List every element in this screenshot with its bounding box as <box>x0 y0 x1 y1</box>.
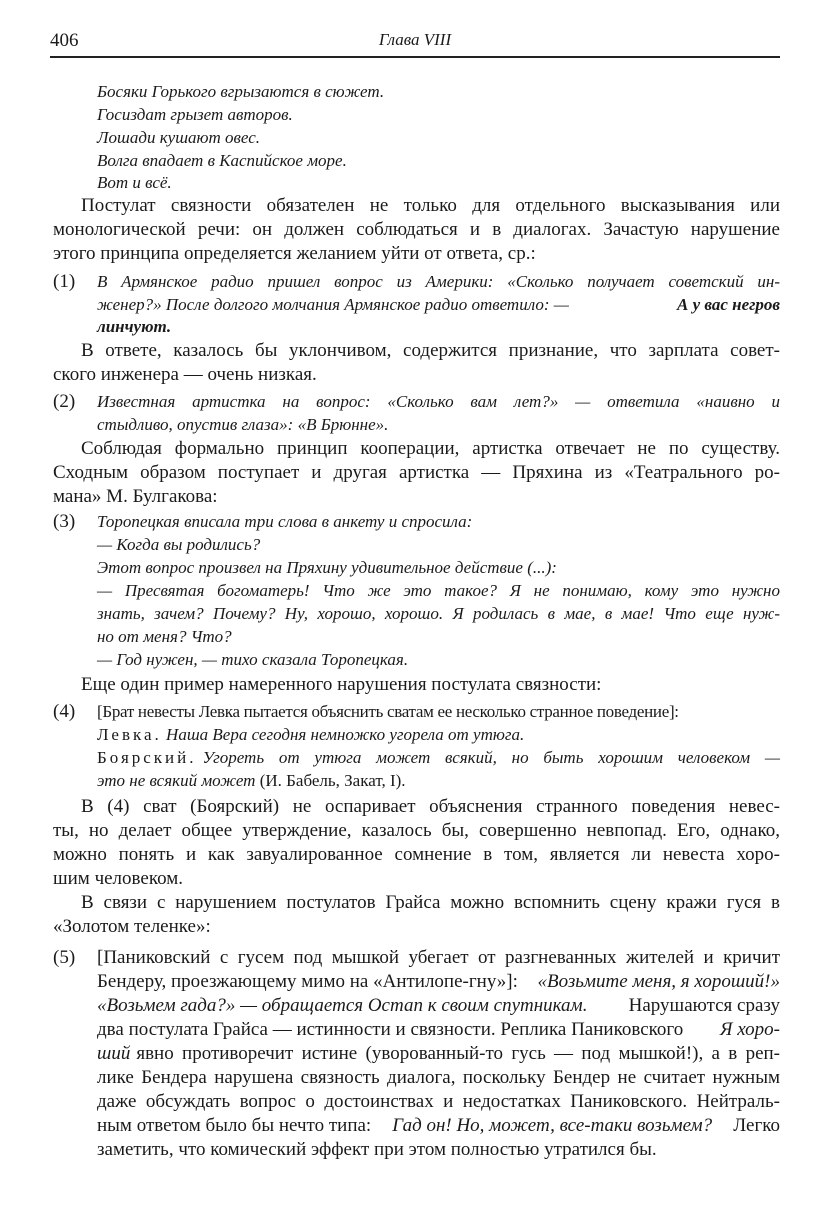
example-text: женер?» После долгого молчания Армянское… <box>97 293 569 317</box>
example-line: Боярский. Угореть от утюга может всякий,… <box>97 746 780 770</box>
paragraph-line: В ответе, казалось бы уклончивом, содерж… <box>81 339 780 363</box>
speaker-name: Боярский. <box>97 746 197 770</box>
example-line: Этот вопрос произвел на Пряхину удивител… <box>97 556 557 580</box>
example-line: ным ответом было бы нечто типа: Гад он! … <box>97 1114 780 1138</box>
paragraph-line: Сходным образом поступает и другая артис… <box>53 461 780 485</box>
example-line: лике Бендера нарушена связность диалога,… <box>97 1066 780 1090</box>
example-number: (1) <box>53 270 75 294</box>
example-line: знать, зачем? Почему? Ну, хорошо, хорошо… <box>97 602 780 626</box>
running-head: Глава VIII <box>50 30 780 50</box>
paragraph-line: ского инженера — очень низкая. <box>53 363 317 387</box>
paragraph-line: ты, но делает общее утверждение, казалос… <box>53 819 780 843</box>
example-line: — Пресвятая богоматерь! Что же это такое… <box>97 579 780 603</box>
example-text: Легко <box>733 1114 780 1138</box>
example-line: — Когда вы родились? <box>97 533 260 557</box>
quoted-speech: ший <box>97 1042 130 1066</box>
speaker-name: Левка. <box>97 725 162 744</box>
example-text: ным ответом было бы нечто типа: <box>97 1114 371 1138</box>
example-line: это не всякий может (И. Бабель, Закат, I… <box>97 769 406 793</box>
example-line: Бендеру, проезжающему мимо на «Антилопе-… <box>97 970 780 994</box>
example-number: (5) <box>53 946 75 970</box>
example-line: два постулата Грайса — истинности и связ… <box>97 1018 780 1042</box>
example-text: два постулата Грайса — истинности и связ… <box>97 1018 683 1042</box>
example-number: (4) <box>53 700 75 724</box>
example-line: ший явно противоречит истине (уворованны… <box>97 1042 780 1066</box>
paragraph-line: мана» М. Булгакова: <box>53 485 218 509</box>
verse-line: Лошади кушают овес. <box>97 126 260 150</box>
example-punchline: А у вас негров <box>677 293 780 317</box>
paragraph-line: этого принципа определяется желанием уйт… <box>53 242 536 266</box>
example-punchline: линчуют. <box>97 315 171 339</box>
example-line: даже обсуждать вопрос о достоинствах и н… <box>97 1090 780 1114</box>
verse-line: Волга впадает в Каспийское море. <box>97 149 347 173</box>
verse-line: Вот и всё. <box>97 171 172 195</box>
example-line: [Брат невесты Левка пытается объяснить с… <box>97 700 679 724</box>
book-page: 406 Глава VIII Босяки Горького вгрызаютс… <box>0 0 834 1230</box>
quoted-speech: Гад он! Но, может, все-таки возьмем? <box>392 1114 712 1138</box>
paragraph-line: Постулат связности обязателен не только … <box>81 194 780 218</box>
example-line: заметить, что комический эффект при этом… <box>97 1138 657 1162</box>
example-line: Торопецкая вписала три слова в анкету и … <box>97 510 472 534</box>
paragraph-line: В (4) сват (Боярский) не оспаривает объя… <box>81 795 780 819</box>
example-number: (3) <box>53 510 75 534</box>
speech-text: Наша Вера сегодня немножко угорела от ут… <box>166 725 524 744</box>
example-line: женер?» После долгого молчания Армянское… <box>97 293 780 317</box>
paragraph-line: монологической речи: он должен соблюдать… <box>53 218 780 242</box>
quoted-speech: «Возьмите меня, я хороший!» <box>538 970 780 994</box>
source-citation: (И. Бабель, Закат, I). <box>260 771 406 790</box>
quoted-speech: Я хоро- <box>720 1018 780 1042</box>
example-line: Известная артистка на вопрос: «Сколько в… <box>97 390 780 414</box>
paragraph-line: Соблюдая формально принцип кооперации, а… <box>81 437 780 461</box>
example-text: Бендеру, проезжающему мимо на «Антилопе-… <box>97 970 518 994</box>
paragraph-line: В связи с нарушением постулатов Грайса м… <box>81 891 780 915</box>
example-text: Нарушаются сразу <box>629 994 780 1018</box>
verse-line: Госиздат грызет авторов. <box>97 103 293 127</box>
example-line: Левка. Наша Вера сегодня немножко угорел… <box>97 723 524 747</box>
page-header: 406 Глава VIII <box>50 28 780 56</box>
example-line: «Возьмем гада?» — обращается Остап к сво… <box>97 994 780 1018</box>
header-rule <box>50 56 780 58</box>
speech-text: это не всякий может <box>97 771 255 790</box>
example-number: (2) <box>53 390 75 414</box>
example-line: но от меня? Что? <box>97 625 232 649</box>
quoted-speech: «Возьмем гада?» — обращается Остап к сво… <box>97 994 587 1018</box>
speech-text: Угореть от утюга может всякий, но быть х… <box>203 746 780 770</box>
verse-line: Босяки Горького вгрызаются в сюжет. <box>97 80 384 104</box>
example-line: [Паниковский с гусем под мышкой убегает … <box>97 946 780 970</box>
paragraph-line: «Золотом теленке»: <box>53 915 211 939</box>
paragraph-line: Еще один пример намеренного нарушения по… <box>81 673 601 697</box>
paragraph-line: можно понять и как завуалированное сомне… <box>53 843 780 867</box>
example-line: — Год нужен, — тихо сказала Торопецкая. <box>97 648 408 672</box>
example-line: стыдливо, опустив глаза»: «В Брюнне». <box>97 413 388 437</box>
example-text: явно противоречит истине (уворованный-то… <box>136 1042 780 1066</box>
example-line: В Армянское радио пришел вопрос из Амери… <box>97 270 780 294</box>
paragraph-line: шим человеком. <box>53 867 183 891</box>
